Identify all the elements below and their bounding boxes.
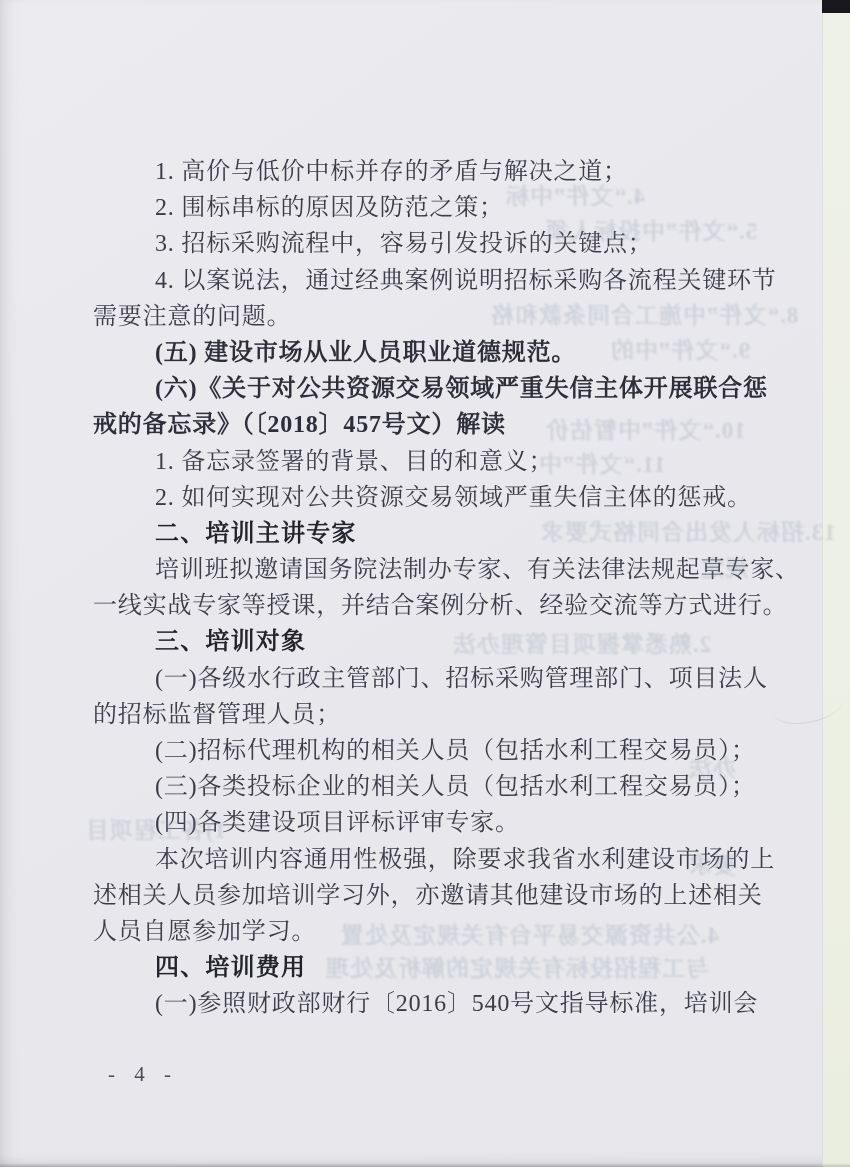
scan-corner-artifact bbox=[822, 0, 850, 13]
page-bottom-edge bbox=[0, 1163, 850, 1167]
text-line: 本次培训内容通用性极强，除要求我省水利建设市场的上 bbox=[93, 842, 793, 878]
section-heading: 二、培训主讲专家 bbox=[93, 516, 793, 552]
text-line: 的招标监督管理人员； bbox=[93, 697, 793, 733]
text-line: 培训班拟邀请国务院法制办专家、有关法律法规起草专家、 bbox=[93, 552, 793, 588]
section-heading: 四、培训费用 bbox=[93, 950, 793, 986]
page-number: - 4 - bbox=[108, 1062, 178, 1087]
text-line: 需要注意的问题。 bbox=[93, 299, 793, 335]
text-line: (一)参照财政部财行〔2016〕540号文指导标准，培训会 bbox=[93, 986, 793, 1022]
text-line: 3. 招标采购流程中，容易引发投诉的关键点； bbox=[93, 226, 793, 262]
text-line: (三)各类投标企业的相关人员（包括水利工程交易员）； bbox=[93, 769, 793, 805]
text-line: 述相关人员参加培训学习外，亦邀请其他建设市场的上述相关 bbox=[93, 878, 793, 914]
text-line: 人员自愿参加学习。 bbox=[93, 914, 793, 950]
text-line: 一线实战专家等授课，并结合案例分析、经验交流等方式进行。 bbox=[93, 588, 793, 624]
text-line: (五) 建设市场从业人员职业道德规范。 bbox=[93, 335, 793, 371]
scanner-edge-strip bbox=[822, 0, 850, 1167]
text-line: 1. 高价与低价中标并存的矛盾与解决之道； bbox=[93, 154, 793, 190]
text-line: 2. 如何实现对公共资源交易领域严重失信主体的惩戒。 bbox=[93, 480, 793, 516]
text-line: (四)各类建设项目评标评审专家。 bbox=[93, 805, 793, 841]
text-line: (一)各级水行政主管部门、招标采购管理部门、项目法人 bbox=[93, 661, 793, 697]
text-line: 戒的备忘录》（〔2018〕457号文）解读 bbox=[93, 407, 793, 443]
text-line: 2. 围标串标的原因及防范之策； bbox=[93, 190, 793, 226]
text-line: 1. 备忘录签署的背景、目的和意义； bbox=[93, 444, 793, 480]
text-line: (六)《关于对公共资源交易领域严重失信主体开展联合惩 bbox=[93, 371, 793, 407]
document-body: 1. 高价与低价中标并存的矛盾与解决之道；2. 围标串标的原因及防范之策；3. … bbox=[93, 154, 793, 1023]
text-line: 4. 以案说法，通过经典案例说明招标采购各流程关键环节 bbox=[93, 263, 793, 299]
text-line: (二)招标代理机构的相关人员（包括水利工程交易员）； bbox=[93, 733, 793, 769]
section-heading: 三、培训对象 bbox=[93, 624, 793, 660]
